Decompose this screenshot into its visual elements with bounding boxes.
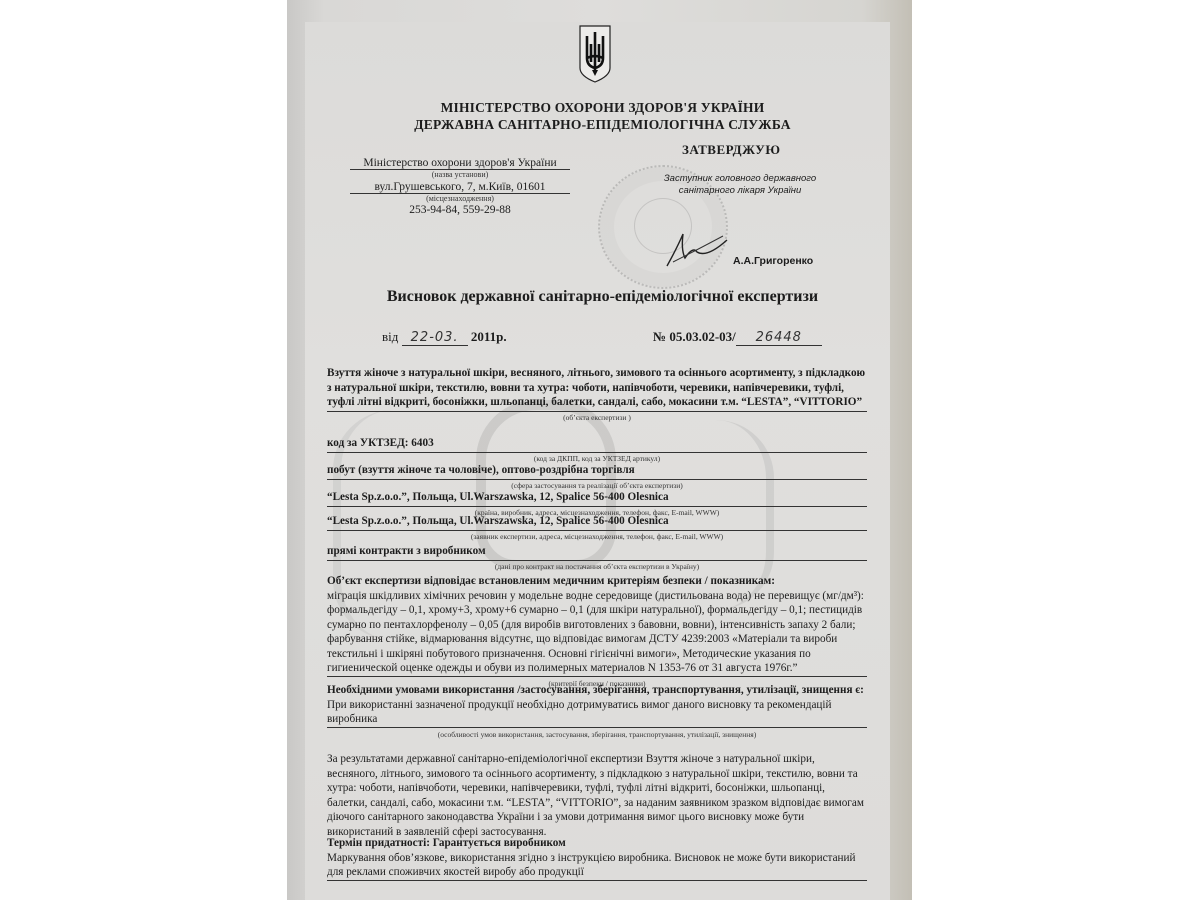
validity-section: Термін придатності: Гарантується виробни… xyxy=(327,836,867,881)
date-year: 2011р. xyxy=(471,329,507,344)
signer-name: А.А.Григоренко xyxy=(733,255,813,267)
criteria-body: міграція шкідливих хімічних речовин у мо… xyxy=(327,589,867,677)
field-caption: (заявник експертизи, адреса, місцезнаход… xyxy=(327,532,867,541)
number-handwritten: 26448 xyxy=(736,330,822,346)
field-caption: (сфера застосування та реалізації об’єкт… xyxy=(327,481,867,490)
field-caption: (дані про контракт на постачання об’єкта… xyxy=(327,562,867,571)
field-value: Взуття жіноче з натуральної шкіри, весня… xyxy=(327,366,867,412)
institution-name: Міністерство охорони здоров'я України xyxy=(350,157,570,170)
service-name: ДЕРЖАВНА САНІТАРНО-ЕПІДЕМІОЛОГІЧНА СЛУЖБ… xyxy=(330,117,875,133)
validity-heading: Термін придатності: Гарантується виробни… xyxy=(327,837,566,849)
field-value: “Lesta Sp.z.o.o.”, Польща, Ul.Warszawska… xyxy=(327,490,867,507)
document-date: від 22-03. 2011р. xyxy=(382,329,507,346)
conditions-section: Необхідними умовами використання /застос… xyxy=(327,683,867,742)
conditions-heading: Необхідними умовами використання /застос… xyxy=(327,684,864,696)
field-value: прямі контракти з виробником xyxy=(327,544,867,561)
field-value: “Lesta Sp.z.o.o.”, Польща, Ul.Warszawska… xyxy=(327,514,867,531)
field-caption: (код за ДКПП, код за УКТЗЕД артикул) xyxy=(327,454,867,463)
ministry-name: МІНІСТЕРСТВО ОХОРОНИ ЗДОРОВ'Я УКРАЇНИ xyxy=(330,100,875,116)
institution-phones: 253-94-84, 559-29-88 xyxy=(350,204,570,216)
field-scope: побут (взуття жіноче та чоловіче), оптов… xyxy=(327,463,867,490)
document-number: № 05.03.02-03/26448 xyxy=(653,329,822,346)
validity-body: Маркування обов’язкове, використання згі… xyxy=(327,851,867,881)
conditions-caption: (особливості умов використання, застосув… xyxy=(327,728,867,743)
field-caption: (об’єкта експертизи ) xyxy=(327,413,867,422)
date-handwritten: 22-03. xyxy=(402,330,468,346)
field-code: код за УКТЗЕД: 6403 (код за ДКПП, код за… xyxy=(327,436,867,463)
coat-of-arms-icon xyxy=(578,24,612,84)
conclusion-body: За результатами державної санітарно-епід… xyxy=(327,752,867,839)
conditions-body: При використанні зазначеної продукції не… xyxy=(327,698,867,728)
field-contract: прямі контракти з виробником (дані про к… xyxy=(327,544,867,571)
field-object: Взуття жіноче з натуральної шкіри, весня… xyxy=(327,366,867,422)
approval-position: Заступник головного державного санітарно… xyxy=(660,173,820,197)
document-title: Висновок державної санітарно-епідеміолог… xyxy=(330,288,875,306)
field-value: побут (взуття жіноче та чоловіче), оптов… xyxy=(327,463,867,480)
field-value: код за УКТЗЕД: 6403 xyxy=(327,436,867,453)
field-manufacturer: “Lesta Sp.z.o.o.”, Польща, Ul.Warszawska… xyxy=(327,490,867,517)
conclusion-section: За результатами державної санітарно-епід… xyxy=(327,752,867,839)
criteria-heading: Об’єкт експертизи відповідає встановлени… xyxy=(327,575,775,587)
criteria-section: Об’єкт експертизи відповідає встановлени… xyxy=(327,574,867,691)
approval-position-line1: Заступник головного державного xyxy=(660,173,820,185)
institution-block: Міністерство охорони здоров'я України (н… xyxy=(350,157,570,216)
date-prefix: від xyxy=(382,329,398,344)
approval-position-line2: санітарного лікаря України xyxy=(660,185,820,197)
approval-heading: ЗАТВЕРДЖУЮ xyxy=(682,142,780,158)
number-prefix: № 05.03.02-03/ xyxy=(653,329,736,344)
field-applicant: “Lesta Sp.z.o.o.”, Польща, Ul.Warszawska… xyxy=(327,514,867,541)
institution-name-caption: (назва установи) xyxy=(350,170,570,179)
signature-icon xyxy=(663,228,731,268)
institution-address-caption: (місцезнаходження) xyxy=(350,194,570,203)
institution-address: вул.Грушевського, 7, м.Київ, 01601 xyxy=(350,181,570,194)
